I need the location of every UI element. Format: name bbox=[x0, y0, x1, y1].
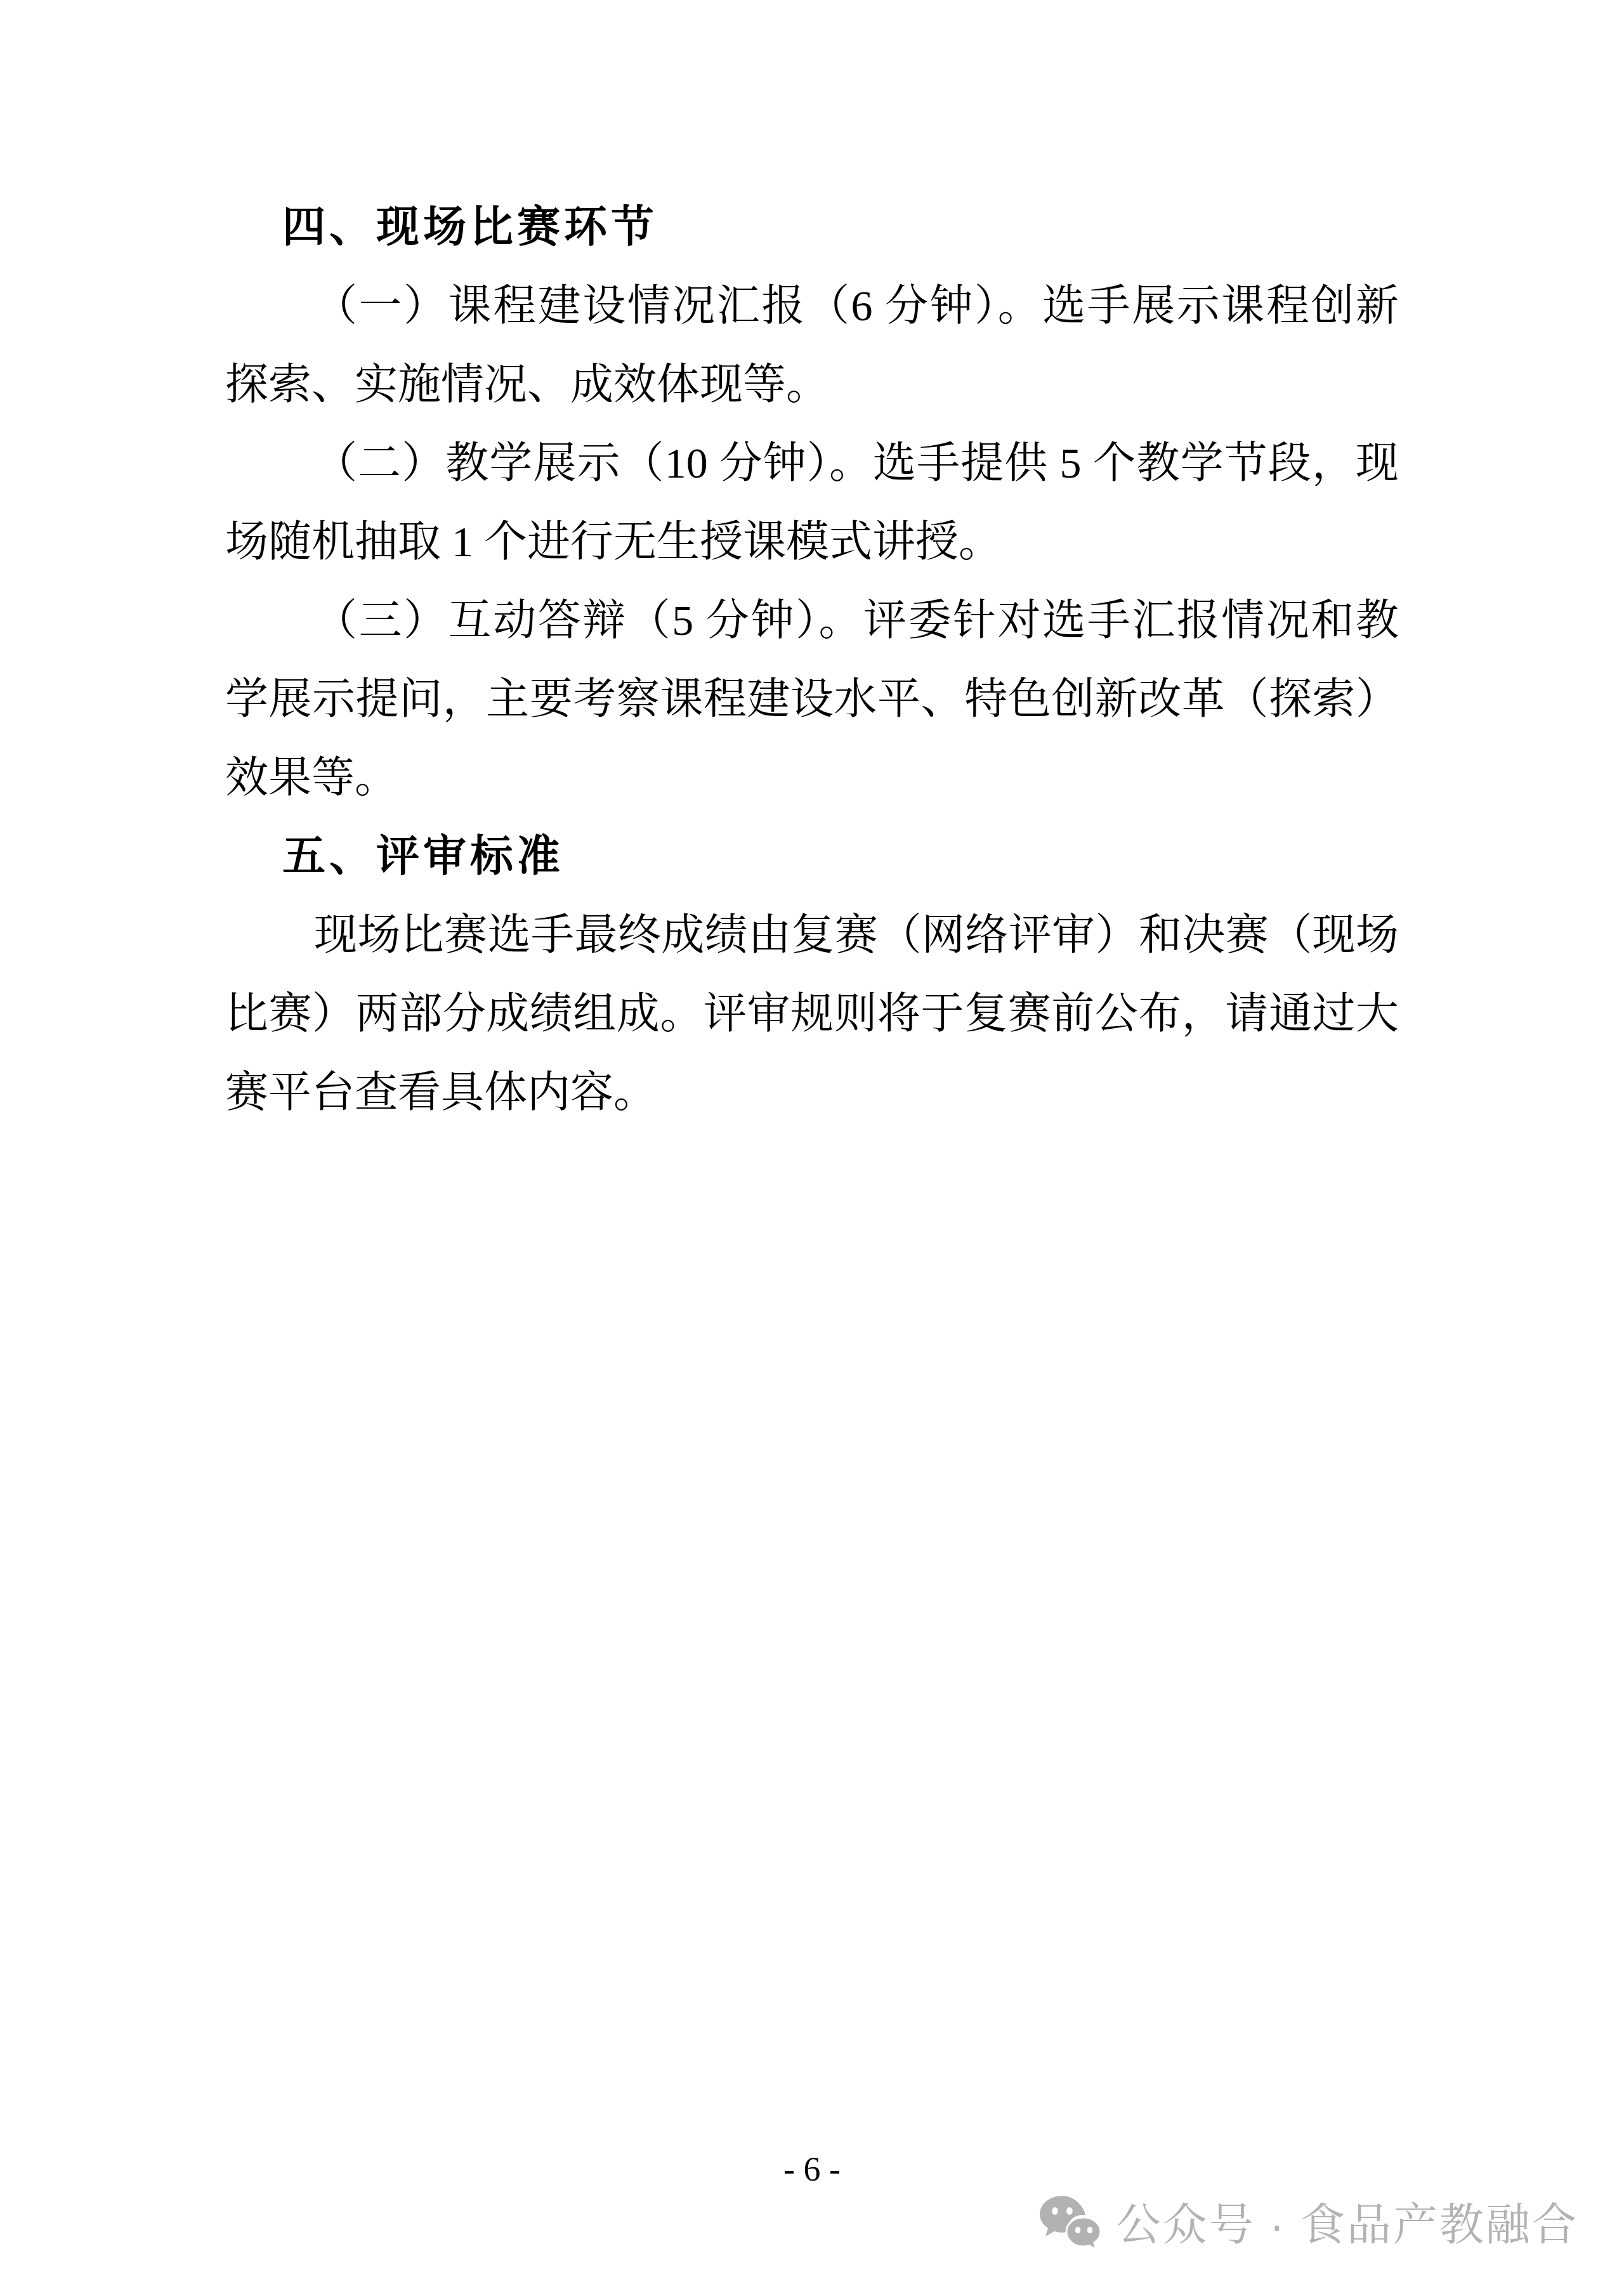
document-body: 四、现场比赛环节 （一）课程建设情况汇报（6 分钟）。选手展示课程创新 探索、实… bbox=[225, 188, 1399, 1132]
paragraph-4-line-3: 赛平台查看具体内容。 bbox=[225, 1053, 1399, 1132]
paragraph-4-line-2: 比赛）两部分成绩组成。评审规则将于复赛前公布，请通过大 bbox=[225, 974, 1399, 1053]
paragraph-1-line-2: 探索、实施情况、成效体现等。 bbox=[225, 345, 1399, 424]
section-heading-four: 四、现场比赛环节 bbox=[225, 188, 1399, 266]
wechat-icon bbox=[1039, 2195, 1103, 2255]
paragraph-3-line-1: （三）互动答辩（5 分钟）。评委针对选手汇报情况和教 bbox=[225, 581, 1399, 660]
paragraph-1-line-1: （一）课程建设情况汇报（6 分钟）。选手展示课程创新 bbox=[225, 266, 1399, 345]
paragraph-4-line-1: 现场比赛选手最终成绩由复赛（网络评审）和决赛（现场 bbox=[225, 896, 1399, 974]
wechat-watermark: 公众号 · 食品产教融合 bbox=[1039, 2193, 1578, 2257]
section-heading-five: 五、评审标准 bbox=[225, 817, 1399, 896]
paragraph-2-line-2: 场随机抽取 1 个进行无生授课模式讲授。 bbox=[225, 502, 1399, 581]
paragraph-2-line-1: （二）教学展示（10 分钟）。选手提供 5 个教学节段，现 bbox=[225, 424, 1399, 502]
paragraph-3-line-3: 效果等。 bbox=[225, 738, 1399, 817]
page-number: - 6 - bbox=[0, 2150, 1624, 2188]
watermark-text: 公众号 · 食品产教融合 bbox=[1116, 2193, 1578, 2257]
paragraph-3-line-2: 学展示提问，主要考察课程建设水平、特色创新改革（探索） bbox=[225, 660, 1399, 738]
document-page: 四、现场比赛环节 （一）课程建设情况汇报（6 分钟）。选手展示课程创新 探索、实… bbox=[0, 0, 1624, 2296]
